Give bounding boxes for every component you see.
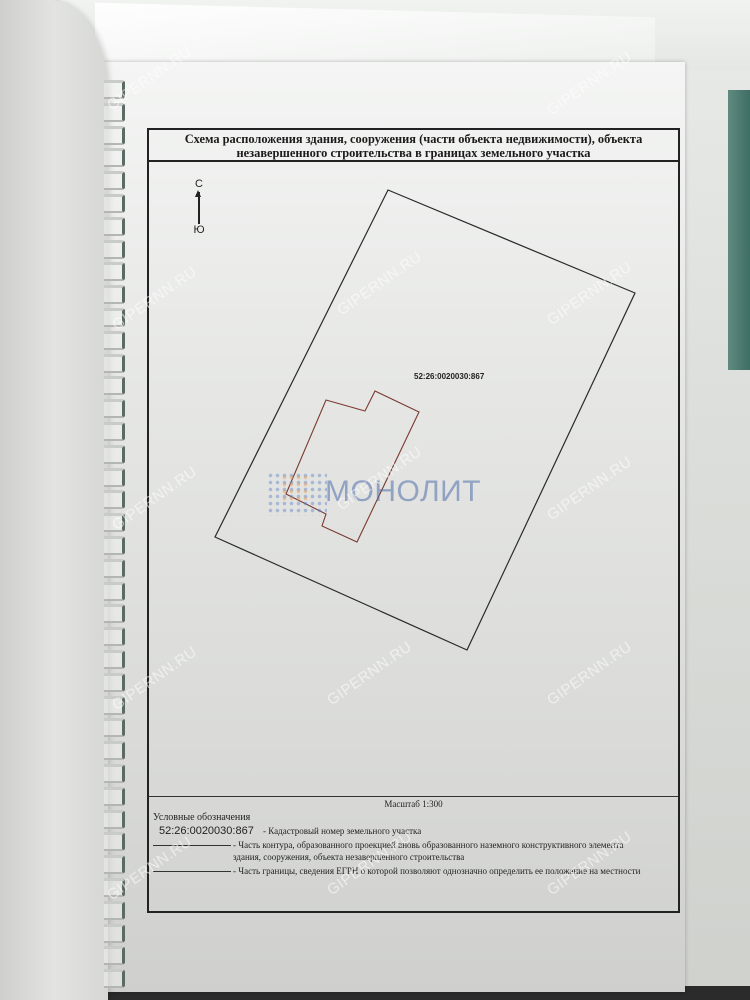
binding-ring	[104, 422, 125, 441]
cadastral-number-label: 52:26:0020030:867	[414, 372, 484, 381]
binding-ring	[104, 878, 125, 897]
binding-ring	[104, 468, 125, 487]
binding-ring	[104, 582, 125, 601]
binding-ring	[104, 194, 125, 213]
binding-ring	[104, 604, 125, 623]
monolit-watermark: МОНОЛИТ	[267, 470, 497, 520]
binding-ring	[104, 924, 125, 943]
binding-ring	[104, 171, 125, 190]
binding-ring	[104, 354, 125, 373]
binding-rings	[104, 80, 128, 980]
land-plot-boundary	[215, 190, 635, 650]
binding-ring	[104, 810, 125, 829]
site-plan-drawing	[149, 130, 682, 790]
binding-ring	[104, 627, 125, 646]
legend-text: - Часть границы, сведения ЕГРН о которой…	[233, 865, 653, 877]
binding-ring	[104, 148, 125, 167]
binding-ring	[104, 376, 125, 395]
binding-ring	[104, 490, 125, 509]
binding-ring	[104, 696, 125, 715]
binding-ring	[104, 764, 125, 783]
legend: Условные обозначения 52:26:0020030:867 -…	[153, 812, 674, 879]
binding-ring	[104, 559, 125, 578]
binding-ring	[104, 445, 125, 464]
binding-ring	[104, 103, 125, 122]
binding-ring	[104, 285, 125, 304]
scheme-frame: Схема расположения здания, сооружения (ч…	[147, 128, 680, 913]
binding-ring	[104, 399, 125, 418]
binding-ring	[104, 741, 125, 760]
logo-text: МОНОЛИТ	[325, 475, 481, 509]
binding-ring	[104, 240, 125, 259]
teal-folder-edge	[728, 90, 750, 370]
legend-title: Условные обозначения	[153, 812, 674, 823]
binding-ring	[104, 787, 125, 806]
legend-text: - Часть контура, образованного проекцией…	[233, 839, 653, 863]
binding-ring	[104, 855, 125, 874]
binding-ring	[104, 262, 125, 281]
binding-ring	[104, 901, 125, 920]
binding-ring	[104, 718, 125, 737]
binding-ring	[104, 80, 125, 99]
legend-item: 52:26:0020030:867 - Кадастровый номер зе…	[153, 825, 674, 839]
binding-ring	[104, 308, 125, 327]
scale-label: Масштаб 1:300	[149, 796, 678, 811]
binding-ring	[104, 536, 125, 555]
binding-ring	[104, 331, 125, 350]
binding-ring	[104, 673, 125, 692]
legend-cadastral-symbol: 52:26:0020030:867	[159, 825, 254, 837]
binding-ring	[104, 832, 125, 851]
legend-line-symbol	[153, 845, 231, 846]
legend-text: - Кадастровый номер земельного участка	[263, 825, 683, 837]
legend-line-symbol	[153, 871, 231, 872]
binding-ring	[104, 126, 125, 145]
binding-ring	[104, 969, 125, 988]
logo-dots-accent-icon	[281, 474, 311, 502]
legend-item: - Часть контура, образованного проекцией…	[153, 839, 674, 865]
binding-ring	[104, 650, 125, 669]
legend-item: - Часть границы, сведения ЕГРН о которой…	[153, 865, 674, 879]
binding-ring	[104, 513, 125, 532]
binding-ring	[104, 217, 125, 236]
binding-ring	[104, 946, 125, 965]
curled-left-page	[0, 0, 108, 1000]
